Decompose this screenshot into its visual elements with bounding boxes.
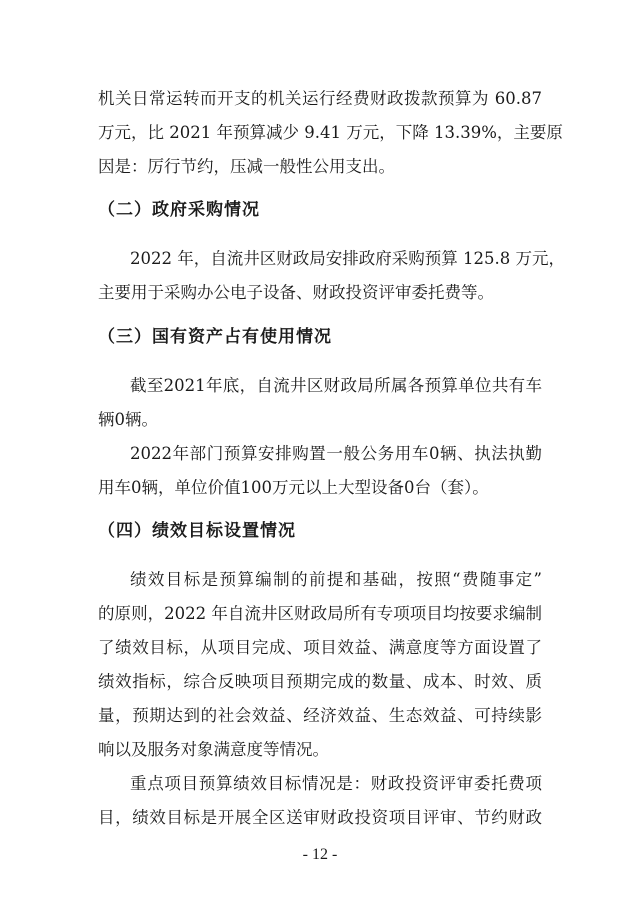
paragraph-line: 绩效目标是预算编制的前提和基础，按照“费随事定” [130,569,542,591]
paragraph-line: 2022年部门预算安排购置一般公务用车0辆、执法执勤 [130,443,542,465]
paragraph-line: 机关日常运转而开支的机关运行经费财政拨款预算为 60.87 [98,88,542,110]
paragraph-line: 绩效指标，综合反映项目预期完成的数量、成本、时效、质 [98,671,542,693]
paragraph-line: 因是：厉行节约，压减一般性公用支出。 [98,156,542,178]
paragraph-line: 响以及服务对象满意度等情况。 [98,739,542,761]
paragraph-line: 重点项目预算绩效目标情况是：财政投资评审委托费项 [130,773,542,795]
paragraph-line: 辆0辆。 [98,409,542,431]
section-heading-performance-targets: （四）绩效目标设置情况 [98,520,296,542]
paragraph-line: 用车0辆，单位价值100万元以上大型设备0台（套）。 [98,477,542,499]
section-heading-procurement: （二）政府采购情况 [98,199,260,221]
paragraph-line: 2022 年，自流井区财政局安排政府采购预算 125.8 万元， [130,248,542,270]
paragraph-line: 了绩效目标，从项目完成、项目效益、满意度等方面设置了 [98,637,542,659]
paragraph-line: 目，绩效目标是开展全区送审财政投资项目评审、节约财政 [98,807,542,829]
paragraph-line: 截至2021年底，自流井区财政局所属各预算单位共有车 [130,375,542,397]
paragraph-line: 的原则，2022 年自流井区财政局所有专项项目均按要求编制 [98,603,542,625]
page-number: - 12 - [0,846,640,864]
paragraph-line: 量，预期达到的社会效益、经济效益、生态效益、可持续影 [98,705,542,727]
paragraph-line: 万元，比 2021 年预算减少 9.41 万元，下降 13.39%，主要原 [98,122,542,144]
paragraph-line: 主要用于采购办公电子设备、财政投资评审委托费等。 [98,282,542,304]
section-heading-state-assets: （三）国有资产占有使用情况 [98,326,332,348]
